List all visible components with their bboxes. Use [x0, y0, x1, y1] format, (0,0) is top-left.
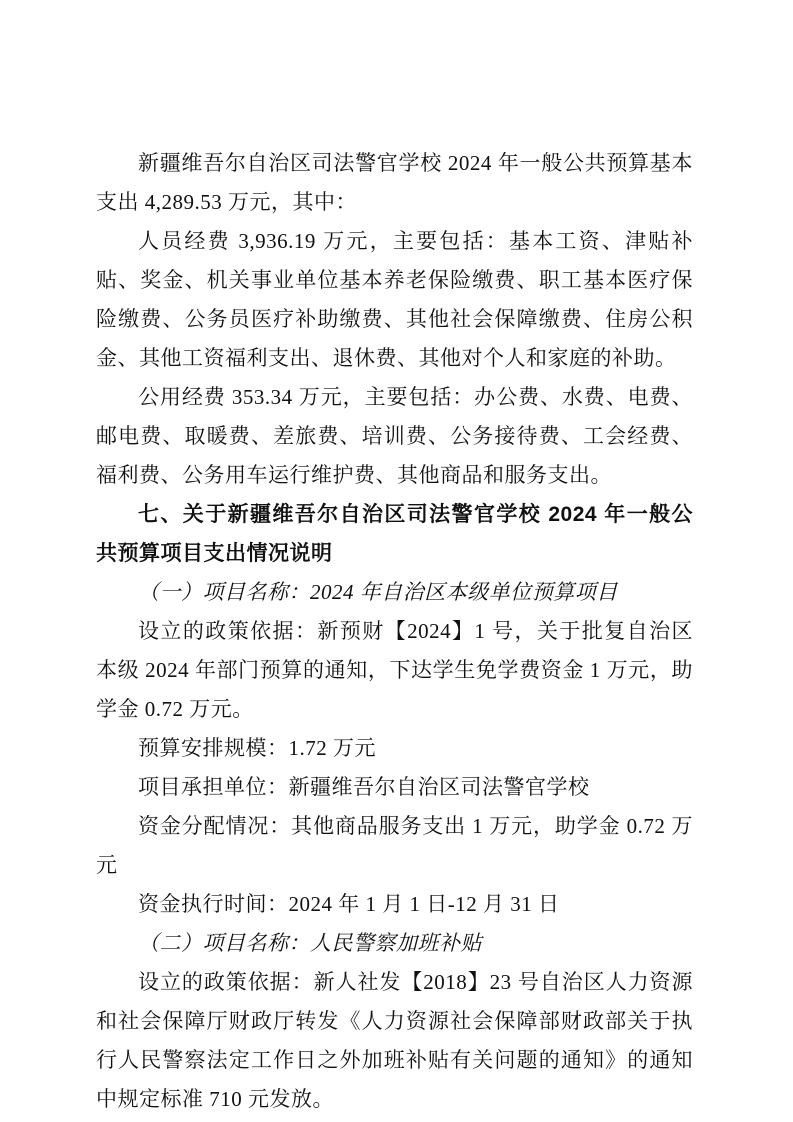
para-public-expenses: 公用经费 353.34 万元，主要包括：办公费、水费、电费、邮电费、取暖费、差旅…	[96, 378, 693, 495]
project-1-execution-period: 资金执行时间：2024 年 1 月 1 日-12 月 31 日	[96, 885, 693, 924]
project-2-policy-basis: 设立的政策依据：新人社发【2018】23 号自治区人力资源和社会保障厅财政厅转发…	[96, 963, 693, 1119]
project-1-undertaking-unit: 项目承担单位：新疆维吾尔自治区司法警官学校	[96, 768, 693, 807]
project-1-fund-allocation: 资金分配情况：其他商品服务支出 1 万元，助学金 0.72 万元	[96, 807, 693, 885]
project-1-policy-basis: 设立的政策依据：新预财【2024】1 号，关于批复自治区本级 2024 年部门预…	[96, 612, 693, 729]
document-page: 新疆维吾尔自治区司法警官学校 2024 年一般公共预算基本支出 4,289.53…	[0, 0, 793, 1122]
project-1-name-line: （一）项目名称：2024 年自治区本级单位预算项目	[96, 573, 693, 612]
section-heading-seven: 七、关于新疆维吾尔自治区司法警官学校 2024 年一般公共预算项目支出情况说明	[96, 495, 693, 573]
document-text-block: 新疆维吾尔自治区司法警官学校 2024 年一般公共预算基本支出 4,289.53…	[96, 144, 693, 1119]
para-personnel-expenses: 人员经费 3,936.19 万元，主要包括：基本工资、津贴补贴、奖金、机关事业单…	[96, 222, 693, 378]
para-basic-expenditure-total: 新疆维吾尔自治区司法警官学校 2024 年一般公共预算基本支出 4,289.53…	[96, 144, 693, 222]
project-2-name-line: （二）项目名称：人民警察加班补贴	[96, 924, 693, 963]
project-1-budget-scale: 预算安排规模：1.72 万元	[96, 729, 693, 768]
